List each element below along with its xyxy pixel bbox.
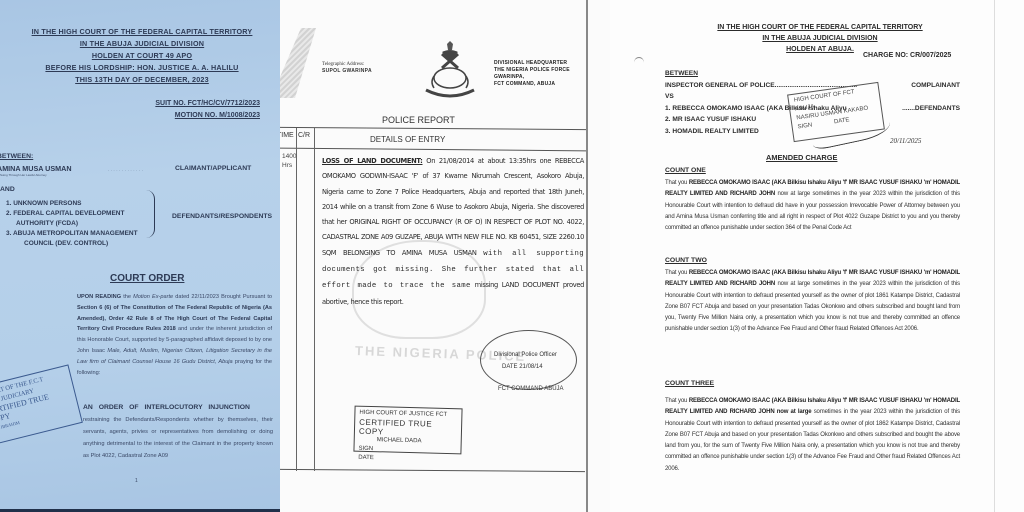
count-two-heading: COUNT TWO	[665, 257, 707, 264]
police-report-document: Telegraphic Address: SUPOL GWARINPA DIVI…	[280, 0, 610, 512]
defendants-role: DEFENDANTS/RESPONDENTS	[172, 213, 272, 220]
claimant-name: AMINA MUSA USMAN	[0, 164, 72, 173]
header-line: THIS 13TH DAY OF DECEMBER, 2023	[8, 74, 276, 86]
defendants-list: 1. UNKNOWN PERSONS 2. FEDERAL CAPITAL DE…	[6, 199, 138, 249]
count-three-heading: COUNT THREE	[665, 380, 714, 387]
stamp-line: CERTIFIED TRUE COPY	[359, 418, 457, 439]
header-line: IN THE ABUJA JUDICIAL DIVISION	[690, 33, 950, 44]
count-body: sometimes in the year 2023 within the ju…	[665, 409, 960, 471]
stamp-sign-label: SIGN	[358, 445, 373, 454]
court-order-body: UPON READING the Motion Ex-parte dated 2…	[77, 292, 272, 378]
table-rule	[280, 127, 586, 130]
defendant-item: AUTHORITY (FCDA)	[6, 219, 138, 229]
amended-charge-title: AMENDED CHARGE	[766, 153, 837, 162]
suit-numbers: SUIT NO. FCT/HC/CV/7712/2023 MOTION NO. …	[155, 98, 260, 122]
table-column-divider	[314, 128, 315, 471]
division-line: GWARINPA,	[494, 74, 570, 81]
defendant-item: 2. FEDERAL CAPITAL DEVELOPMENT	[6, 209, 138, 219]
header-line: HOLDEN AT COURT 49 APO	[8, 50, 276, 62]
and-label: AND	[0, 186, 15, 193]
header-line: IN THE HIGH COURT OF THE FEDERAL CAPITAL…	[8, 26, 276, 38]
claimant-subtitle: Suing Through Her Lawful Attorney	[0, 173, 47, 177]
count-one-heading: COUNT ONE	[665, 167, 706, 174]
count-intro: That you	[665, 270, 689, 276]
defendants-role: .......DEFENDANTS	[902, 103, 960, 115]
division-line: DIVISIONAL HEADQUARTER	[494, 60, 570, 67]
count-intro: That you	[665, 398, 689, 404]
page-mark	[634, 57, 644, 68]
telegraphic-address: Telegraphic Address: SUPOL GWARINPA	[322, 61, 372, 75]
page-edge	[994, 0, 995, 512]
charge-number: CHARGE NO: CR/007/2025	[863, 52, 951, 59]
division-line: THE NIGERIA POLICE FORCE	[494, 67, 570, 74]
column-header-cr: C/R	[298, 132, 310, 139]
dpo-stamp-command: FCT COMMAND ABUJA	[498, 386, 564, 392]
body-bold: UPON READING	[77, 294, 121, 300]
time-unit: Hrs	[282, 161, 296, 170]
amended-charge-document: IN THE HIGH COURT OF THE FEDERAL CAPITAL…	[610, 0, 1024, 512]
injunction-paragraph: AN ORDER OF INTERLOCUTORY INJUNCTION res…	[83, 402, 273, 462]
claimant-role: CLAIMANT/APPLICANT	[175, 165, 251, 172]
coat-of-arms-icon	[420, 40, 480, 102]
court-order-header: IN THE HIGH COURT OF THE FEDERAL CAPITAL…	[8, 26, 276, 86]
table-column-divider	[296, 128, 297, 471]
count-body: now at large sometimes in the year 2023 …	[665, 281, 960, 332]
defendant-item: 1. UNKNOWN PERSONS	[6, 199, 138, 209]
telegraphic-value: SUPOL GWARINPA	[322, 68, 372, 74]
certified-true-copy-stamp: COURT OF THE F.C.T F.C.T JUDICIARY CERTI…	[0, 364, 83, 445]
motion-number: MOTION NO. M/1008/2023	[155, 110, 260, 122]
page-number: 1	[135, 478, 138, 484]
signature-date: 20/11/2025	[890, 137, 921, 145]
dotted-leader: .............	[108, 168, 145, 172]
header-line: IN THE HIGH COURT OF THE FEDERAL CAPITAL…	[690, 22, 950, 33]
charge-header: IN THE HIGH COURT OF THE FEDERAL CAPITAL…	[690, 22, 950, 55]
court-order-document: IN THE HIGH COURT OF THE FEDERAL CAPITAL…	[0, 0, 280, 512]
column-header-details: DETAILS OF ENTRY	[370, 135, 445, 144]
count-two-text: That you REBECCA OMOKAMO ISAAC (AKA Bilk…	[665, 268, 960, 336]
court-order-title: COURT ORDER	[110, 273, 184, 284]
division-line: FCT COMMAND, ABUJA	[494, 81, 570, 88]
entry-title: LOSS OF LAND DOCUMENT:	[322, 157, 423, 165]
dpo-stamp-title: Divisional Police Officer	[494, 352, 557, 358]
defendant-item: COUNCIL (DEV. CONTROL)	[6, 239, 138, 249]
suit-number: SUIT NO. FCT/HC/CV/7712/2023	[155, 98, 260, 110]
between-label: BETWEEN:	[0, 153, 33, 160]
column-header-time: TIME	[280, 132, 294, 139]
dpo-round-stamp	[480, 330, 577, 390]
entry-time: 1400 Hrs	[282, 152, 296, 170]
body-text: the	[121, 294, 133, 300]
table-rule	[280, 469, 585, 472]
entry-text: On 21/08/2014 at about 13:35hrs one REBE…	[322, 157, 584, 257]
time-value: 1400	[282, 152, 296, 161]
certified-true-copy-stamp: HIGH COURT OF JUSTICE FCT CERTIFIED TRUE…	[353, 406, 462, 455]
injunction-title: AN ORDER OF INTERLOCUTORY INJUNCTION	[83, 402, 273, 414]
brace-divider	[146, 190, 155, 238]
header-line: IN THE ABUJA JUDICIAL DIVISION	[8, 38, 276, 50]
divisional-headquarter: DIVISIONAL HEADQUARTER THE NIGERIA POLIC…	[494, 60, 570, 88]
between-label: BETWEEN	[665, 70, 698, 77]
count-three-text: That you REBECCA OMOKAMO ISAAC (AKA Bilk…	[665, 396, 960, 475]
page-border	[586, 0, 588, 512]
body-text: dated 22/11/2023 Brought Pursuant to	[173, 294, 272, 300]
body-italic: Motion Ex-parte	[133, 294, 173, 300]
complainant-role: COMPLAINANT	[911, 80, 960, 92]
telegraphic-label: Telegraphic Address:	[322, 61, 372, 68]
defendant-item: 3. ABUJA METROPOLITAN MANAGEMENT	[6, 229, 138, 239]
count-one-text: That you REBECCA OMOKAMO ISAAC (AKA Bilk…	[665, 178, 960, 234]
count-intro: That you	[665, 180, 689, 186]
dpo-stamp-date: DATE 21/08/14	[502, 364, 543, 370]
injunction-body: restraining the Defendants/Respondents w…	[83, 417, 273, 459]
report-entry: LOSS OF LAND DOCUMENT: On 21/08/2014 at …	[322, 154, 584, 310]
report-title: POLICE REPORT	[382, 115, 455, 125]
table-rule	[280, 148, 586, 152]
header-line: BEFORE HIS LORDSHIP: HON. JUSTICE A. A. …	[8, 62, 276, 74]
stamp-date-label: DATE	[358, 454, 456, 466]
